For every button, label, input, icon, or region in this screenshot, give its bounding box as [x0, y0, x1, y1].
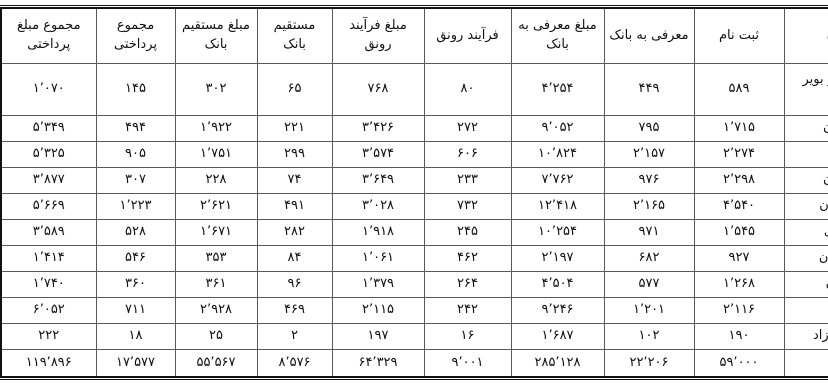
value-cell-amount-direct-bank: ۱٬۶۷۱ — [95, 220, 177, 246]
value-cell-direct-bank: ۸۴ — [177, 246, 252, 272]
value-cell-amount-direct-bank: ۲٬۶۲۱ — [95, 194, 177, 220]
value-cell-amount-introduced-to-bank: ۱٬۶۸۷ — [431, 324, 524, 350]
province-payments-table: استانثبت ناممعرفی به بانکمبلغ معرفی به ب… — [0, 7, 823, 378]
value-cell-amount-ronagh-process: ۶۴٬۳۲۹ — [252, 350, 344, 377]
value-cell-total-amount-paid: ۱٬۴۱۴ — [0, 246, 16, 272]
value-cell-amount-introduced-to-bank: ۴٬۵۰۴ — [431, 272, 524, 298]
column-header-ronagh-process: فرآیند رونق — [344, 8, 431, 64]
value-cell-ronagh-process: ۶۰۶ — [344, 142, 431, 168]
value-cell-total-paid: ۳۰۷ — [16, 168, 95, 194]
table-row: یزد۲٬۱۱۶۱٬۲۰۱۹٬۲۴۶۲۴۲۲٬۱۱۵۴۶۹۲٬۹۲۸۷۱۱۶٬۰… — [0, 298, 822, 324]
value-cell-amount-introduced-to-bank: ۲۸۵٬۱۲۸ — [431, 350, 524, 377]
value-cell-total-amount-paid: ۶٬۰۵۲ — [0, 298, 16, 324]
value-cell-amount-ronagh-process: ۱٬۳۷۹ — [252, 272, 344, 298]
value-cell-registered: ۲٬۲۹۸ — [614, 168, 704, 194]
value-cell-amount-introduced-to-bank: ۹٬۰۵۲ — [431, 116, 524, 142]
column-header-amount-introduced-to-bank: مبلغ معرفی به بانک — [431, 8, 524, 64]
province-cell: مرکزی — [704, 220, 822, 246]
value-cell-total-paid: ۳۶۰ — [16, 272, 95, 298]
column-header-province: استان — [704, 8, 822, 64]
table-row: هرمزگان۹۲۷۶۸۲۲٬۱۹۷۴۶۲۱٬۰۶۱۸۴۳۵۳۵۴۶۱٬۴۱۴ — [0, 246, 822, 272]
value-cell-amount-ronagh-process: ۷۶۸ — [252, 64, 344, 116]
value-cell-total-paid: ۱۴۵ — [16, 64, 95, 116]
value-cell-registered: ۵۸۹ — [614, 64, 704, 116]
table-row: گیلان۲٬۲۷۴۲٬۱۵۷۱۰٬۸۲۴۶۰۶۳٬۵۷۴۲۹۹۱٬۷۵۱۹۰۵… — [0, 142, 822, 168]
value-cell-registered: ۱٬۲۶۸ — [614, 272, 704, 298]
column-header-introduced-to-bank: معرفی به بانک — [524, 8, 614, 64]
value-cell-amount-direct-bank: ۵۵٬۵۶۷ — [95, 350, 177, 377]
value-cell-ronagh-process: ۷۳۲ — [344, 194, 431, 220]
table-row: مرکزی۱٬۵۴۵۹۷۱۱۰٬۲۵۴۲۴۵۱٬۹۱۸۲۸۲۱٬۶۷۱۵۲۸۳٬… — [0, 220, 822, 246]
province-cell: همدان — [704, 272, 822, 298]
table-row: مناطق آزاد۱۹۰۱۰۲۱٬۶۸۷۱۶۱۹۷۲۲۵۱۸۲۲۲ — [0, 324, 822, 350]
value-cell-amount-direct-bank: ۱٬۷۵۱ — [95, 142, 177, 168]
value-cell-introduced-to-bank: ۷۹۵ — [524, 116, 614, 142]
column-header-amount-direct-bank: مبلغ مستقیم بانک — [95, 8, 177, 64]
value-cell-introduced-to-bank: ۱٬۲۰۱ — [524, 298, 614, 324]
value-cell-ronagh-process: ۲۴۲ — [344, 298, 431, 324]
column-header-total-amount-paid: مجموع مبلغ پرداختی — [0, 8, 16, 64]
value-cell-amount-direct-bank: ۲۲۸ — [95, 168, 177, 194]
value-cell-registered: ۱۹۰ — [614, 324, 704, 350]
value-cell-direct-bank: ۷۴ — [177, 168, 252, 194]
value-cell-introduced-to-bank: ۲٬۱۶۵ — [524, 194, 614, 220]
value-cell-total-paid: ۱٬۲۲۳ — [16, 194, 95, 220]
value-cell-total-paid: ۵۴۶ — [16, 246, 95, 272]
value-cell-direct-bank: ۴۶۹ — [177, 298, 252, 324]
value-cell-ronagh-process: ۹٬۰۰۱ — [344, 350, 431, 377]
table-row: همدان۱٬۲۶۸۵۷۷۴٬۵۰۴۲۶۴۱٬۳۷۹۹۶۳۶۱۳۶۰۱٬۷۴۰ — [0, 272, 822, 298]
value-cell-ronagh-process: ۲۴۵ — [344, 220, 431, 246]
total-row: جمع۵۹٬۰۰۰۲۲٬۲۰۶۲۸۵٬۱۲۸۹٬۰۰۱۶۴٬۳۲۹۸٬۵۷۶۵۵… — [0, 350, 822, 377]
value-cell-direct-bank: ۲ — [177, 324, 252, 350]
province-cell: گلستان — [704, 116, 822, 142]
province-cell: یزد — [704, 298, 822, 324]
table-row: گلستان۱٬۷۱۵۷۹۵۹٬۰۵۲۲۷۲۳٬۴۲۶۲۲۱۱٬۹۲۲۴۹۴۵٬… — [0, 116, 822, 142]
value-cell-total-amount-paid: ۳٬۸۷۷ — [0, 168, 16, 194]
province-cell: هرمزگان — [704, 246, 822, 272]
value-cell-amount-ronagh-process: ۱٬۹۱۸ — [252, 220, 344, 246]
value-cell-amount-introduced-to-bank: ۴٬۲۵۴ — [431, 64, 524, 116]
value-cell-direct-bank: ۸٬۵۷۶ — [177, 350, 252, 377]
value-cell-amount-ronagh-process: ۳٬۶۴۹ — [252, 168, 344, 194]
value-cell-amount-introduced-to-bank: ۱۰٬۸۲۴ — [431, 142, 524, 168]
value-cell-amount-introduced-to-bank: ۲٬۱۹۷ — [431, 246, 524, 272]
value-cell-amount-direct-bank: ۳۶۱ — [95, 272, 177, 298]
province-cell: لرستان — [704, 168, 822, 194]
value-cell-direct-bank: ۲۹۹ — [177, 142, 252, 168]
value-cell-registered: ۱٬۷۱۵ — [614, 116, 704, 142]
value-cell-amount-direct-bank: ۳۵۳ — [95, 246, 177, 272]
table-row: لرستان۲٬۲۹۸۹۷۶۷٬۷۶۲۲۳۳۳٬۶۴۹۷۴۲۲۸۳۰۷۳٬۸۷۷ — [0, 168, 822, 194]
value-cell-ronagh-process: ۱۶ — [344, 324, 431, 350]
province-cell: کهگیلویه و بویر احمد — [704, 64, 822, 116]
value-cell-introduced-to-bank: ۲٬۱۵۷ — [524, 142, 614, 168]
value-cell-total-amount-paid: ۱٬۰۷۰ — [0, 64, 16, 116]
province-cell: گیلان — [704, 142, 822, 168]
column-header-registered: ثبت نام — [614, 8, 704, 64]
column-header-amount-ronagh-process: مبلغ فرآیند رونق — [252, 8, 344, 64]
value-cell-introduced-to-bank: ۴۴۹ — [524, 64, 614, 116]
value-cell-registered: ۱٬۵۴۵ — [614, 220, 704, 246]
value-cell-total-amount-paid: ۵٬۶۶۹ — [0, 194, 16, 220]
value-cell-ronagh-process: ۲۳۳ — [344, 168, 431, 194]
column-header-total-paid: مجموع پرداختی — [16, 8, 95, 64]
value-cell-amount-ronagh-process: ۳٬۰۲۸ — [252, 194, 344, 220]
value-cell-amount-ronagh-process: ۳٬۴۲۶ — [252, 116, 344, 142]
value-cell-amount-direct-bank: ۳۰۲ — [95, 64, 177, 116]
value-cell-total-amount-paid: ۱٬۷۴۰ — [0, 272, 16, 298]
value-cell-direct-bank: ۹۶ — [177, 272, 252, 298]
column-header-direct-bank: مستقیم بانک — [177, 8, 252, 64]
value-cell-ronagh-process: ۲۶۴ — [344, 272, 431, 298]
value-cell-direct-bank: ۴۹۱ — [177, 194, 252, 220]
value-cell-total-paid: ۱۸ — [16, 324, 95, 350]
value-cell-amount-introduced-to-bank: ۱۲٬۴۱۸ — [431, 194, 524, 220]
value-cell-introduced-to-bank: ۲۲٬۲۰۶ — [524, 350, 614, 377]
value-cell-total-amount-paid: ۱۱۹٬۸۹۶ — [0, 350, 16, 377]
value-cell-introduced-to-bank: ۱۰۲ — [524, 324, 614, 350]
value-cell-introduced-to-bank: ۶۸۲ — [524, 246, 614, 272]
value-cell-amount-direct-bank: ۲٬۹۲۸ — [95, 298, 177, 324]
value-cell-total-amount-paid: ۵٬۳۴۹ — [0, 116, 16, 142]
value-cell-ronagh-process: ۴۶۲ — [344, 246, 431, 272]
value-cell-amount-ronagh-process: ۲٬۱۱۵ — [252, 298, 344, 324]
value-cell-amount-direct-bank: ۱٬۹۲۲ — [95, 116, 177, 142]
value-cell-total-amount-paid: ۳٬۵۸۹ — [0, 220, 16, 246]
value-cell-introduced-to-bank: ۹۷۱ — [524, 220, 614, 246]
value-cell-amount-introduced-to-bank: ۷٬۷۶۲ — [431, 168, 524, 194]
document-page: استانثبت ناممعرفی به بانکمبلغ معرفی به ب… — [0, 0, 828, 385]
value-cell-ronagh-process: ۸۰ — [344, 64, 431, 116]
table-row: کهگیلویه و بویر احمد۵۸۹۴۴۹۴٬۲۵۴۸۰۷۶۸۶۵۳۰… — [0, 64, 822, 116]
value-cell-direct-bank: ۶۵ — [177, 64, 252, 116]
value-cell-registered: ۲٬۱۱۶ — [614, 298, 704, 324]
value-cell-total-paid: ۴۹۴ — [16, 116, 95, 142]
value-cell-direct-bank: ۲۸۲ — [177, 220, 252, 246]
table-row: مازندران۴٬۵۴۰۲٬۱۶۵۱۲٬۴۱۸۷۳۲۳٬۰۲۸۴۹۱۲٬۶۲۱… — [0, 194, 822, 220]
province-cell: مازندران — [704, 194, 822, 220]
value-cell-ronagh-process: ۲۷۲ — [344, 116, 431, 142]
table-body: کهگیلویه و بویر احمد۵۸۹۴۴۹۴٬۲۵۴۸۰۷۶۸۶۵۳۰… — [0, 64, 822, 378]
value-cell-total-paid: ۹۰۵ — [16, 142, 95, 168]
value-cell-amount-introduced-to-bank: ۹٬۲۴۶ — [431, 298, 524, 324]
value-cell-registered: ۹۲۷ — [614, 246, 704, 272]
value-cell-total-paid: ۱۷٬۵۷۷ — [16, 350, 95, 377]
value-cell-total-amount-paid: ۲۲۲ — [0, 324, 16, 350]
value-cell-registered: ۴٬۵۴۰ — [614, 194, 704, 220]
province-cell: جمع — [704, 350, 822, 377]
value-cell-registered: ۵۹٬۰۰۰ — [614, 350, 704, 377]
value-cell-amount-ronagh-process: ۱٬۰۶۱ — [252, 246, 344, 272]
value-cell-total-amount-paid: ۵٬۳۲۵ — [0, 142, 16, 168]
value-cell-amount-introduced-to-bank: ۱۰٬۲۵۴ — [431, 220, 524, 246]
header-row: استانثبت ناممعرفی به بانکمبلغ معرفی به ب… — [0, 8, 822, 64]
value-cell-amount-direct-bank: ۲۵ — [95, 324, 177, 350]
value-cell-introduced-to-bank: ۹۷۶ — [524, 168, 614, 194]
value-cell-total-paid: ۵۲۸ — [16, 220, 95, 246]
value-cell-total-paid: ۷۱۱ — [16, 298, 95, 324]
province-cell: مناطق آزاد — [704, 324, 822, 350]
value-cell-introduced-to-bank: ۵۷۷ — [524, 272, 614, 298]
value-cell-direct-bank: ۲۲۱ — [177, 116, 252, 142]
value-cell-amount-ronagh-process: ۳٬۵۷۴ — [252, 142, 344, 168]
table-header: استانثبت ناممعرفی به بانکمبلغ معرفی به ب… — [0, 8, 822, 64]
value-cell-amount-ronagh-process: ۱۹۷ — [252, 324, 344, 350]
value-cell-registered: ۲٬۲۷۴ — [614, 142, 704, 168]
